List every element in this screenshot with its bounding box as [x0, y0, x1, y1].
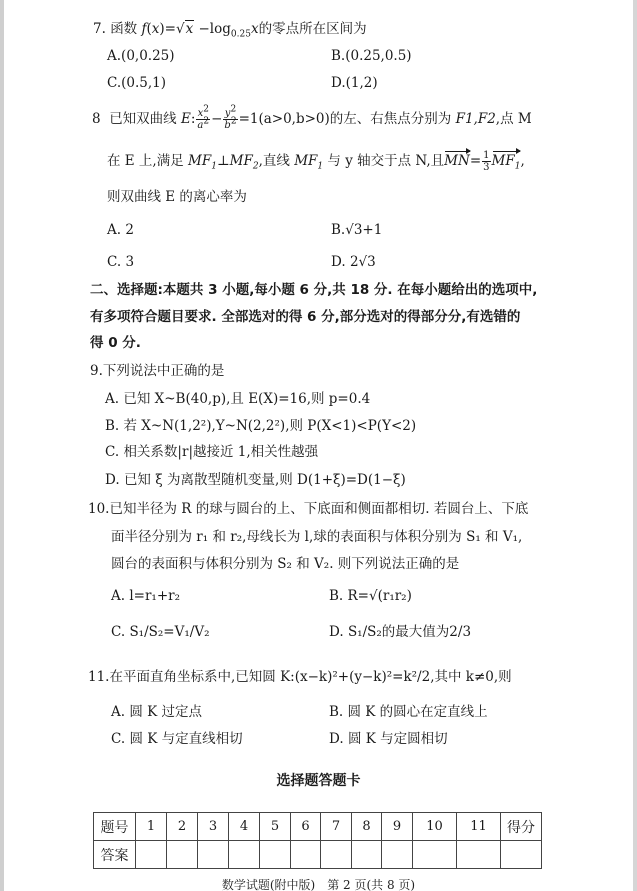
- stem-text: 的零点所在区间为: [259, 21, 367, 37]
- option-c: C. 相关系数|r|越接近 1,相关性越强: [105, 442, 318, 462]
- fraction: y2b2: [223, 108, 237, 131]
- option-d: D. 2√3: [331, 252, 376, 272]
- column-header: 4: [229, 813, 260, 841]
- column-header: 9: [382, 813, 413, 841]
- condition: =1(a>0,b>0): [239, 111, 330, 127]
- vector-mf1: MF1: [492, 151, 521, 171]
- stem-text: 下列说法中正确的是: [103, 363, 225, 379]
- foci: F1,F2: [456, 111, 496, 127]
- question-8-stem-line2: 在 E 上,满足 MF1⊥MF2,直线 MF1 与 y 轴交于点 N,且MN=1…: [107, 150, 525, 176]
- question-number-row: 题号 1 2 3 4 5 6 7 8 9 10 11 得分: [94, 813, 542, 841]
- stem-text: 在 E 上,满足: [107, 153, 184, 169]
- stem-text: 的左、右焦点分别为: [330, 111, 452, 127]
- answer-cell[interactable]: [413, 841, 457, 869]
- option-c: C. 圆 K 与定直线相切: [111, 729, 243, 749]
- column-header: 5: [260, 813, 291, 841]
- column-header: 2: [167, 813, 198, 841]
- formula: f(x)=√x −log0.25x: [141, 21, 258, 37]
- column-header: 11: [457, 813, 501, 841]
- score-cell[interactable]: [501, 841, 542, 869]
- option-b: B. 圆 K 的圆心在定直线上: [329, 702, 488, 722]
- option-d: D.(1,2): [331, 73, 378, 93]
- scan-edge-right: [633, 0, 637, 891]
- question-8-stem-line1: 8 已知双曲线 E:x2a2−y2b2=1(a>0,b>0)的左、右焦点分别为 …: [92, 108, 532, 134]
- column-header: 8: [352, 813, 382, 841]
- answer-cell[interactable]: [260, 841, 291, 869]
- column-header: 3: [198, 813, 229, 841]
- option-c: C.(0.5,1): [107, 73, 166, 93]
- question-number: 11.: [88, 669, 109, 685]
- question-9-stem: 9.下列说法中正确的是: [90, 361, 224, 381]
- stem-text: 与 y 轴交于点 N,且: [327, 153, 444, 169]
- answer-card-title: 选择题答题卡: [0, 770, 637, 790]
- section-2-instructions-line1: 二、选择题:本题共 3 小题,每小题 6 分,共 18 分. 在每小题给出的选项…: [90, 280, 537, 300]
- row-header: 题号: [94, 813, 136, 841]
- option-a: A.(0,0.25): [107, 46, 175, 66]
- row-header: 答案: [94, 841, 136, 869]
- option-d: D. 圆 K 与定圆相切: [329, 729, 448, 749]
- option-d: D. S₁/S₂的最大值为2/3: [329, 622, 471, 642]
- stem-text: 已知双曲线: [109, 111, 177, 127]
- answer-cell[interactable]: [167, 841, 198, 869]
- answer-cell[interactable]: [136, 841, 167, 869]
- option-a: A. l=r₁+r₂: [111, 586, 180, 606]
- stem-text: ,点 M: [496, 111, 532, 127]
- column-header: 10: [413, 813, 457, 841]
- question-10-stem-line2: 面半径分别为 r₁ 和 r₂,母线长为 l,球的表面积与体积分别为 S₁ 和 V…: [111, 527, 522, 547]
- option-a: A. 2: [107, 220, 134, 240]
- answer-cell[interactable]: [457, 841, 501, 869]
- question-number: 7.: [93, 21, 106, 37]
- answer-row: 答案: [94, 841, 542, 869]
- answer-card-table: 题号 1 2 3 4 5 6 7 8 9 10 11 得分 答案: [93, 812, 542, 869]
- fraction: 13: [482, 150, 490, 173]
- question-10-stem-line1: 10.已知半径为 R 的球与圆台的上、下底面和侧面都相切. 若圆台上、下底: [88, 499, 528, 519]
- question-11-stem: 11.在平面直角坐标系中,已知圆 K:(x−k)²+(y−k)²=k²/2,其中…: [88, 667, 512, 687]
- stem-text: 在平面直角坐标系中,已知圆: [109, 669, 275, 685]
- stem-text: ,其中 k≠0,则: [430, 669, 511, 685]
- question-number: 9.: [90, 363, 103, 379]
- column-header: 1: [136, 813, 167, 841]
- question-number: 10.: [88, 501, 109, 517]
- stem-text: 函数: [110, 21, 137, 37]
- answer-cell[interactable]: [198, 841, 229, 869]
- question-8-stem-line3: 则双曲线 E 的离心率为: [107, 187, 247, 207]
- answer-cell[interactable]: [321, 841, 352, 869]
- option-b: B. 若 X~N(1,2²),Y~N(2,2²),则 P(X<1)<P(Y<2): [105, 416, 416, 436]
- stem-text: 已知半径为 R 的球与圆台的上、下底面和侧面都相切. 若圆台上、下底: [109, 501, 528, 517]
- answer-cell[interactable]: [291, 841, 321, 869]
- option-c: C. S₁/S₂=V₁/V₂: [111, 622, 210, 642]
- scan-edge-left: [0, 0, 4, 891]
- option-b: B.√3+1: [331, 220, 382, 240]
- answer-cell[interactable]: [382, 841, 413, 869]
- section-2-instructions-line3: 得 0 分.: [90, 333, 141, 353]
- option-a: A. 圆 K 过定点: [111, 702, 202, 722]
- question-10-stem-line3: 圆台的表面积与体积分别为 S₂ 和 V₂. 则下列说法正确的是: [111, 554, 459, 574]
- column-header: 6: [291, 813, 321, 841]
- equation: K:(x−k)²+(y−k)²=k²/2: [280, 669, 430, 685]
- fraction: x2a2: [196, 108, 210, 131]
- column-header: 7: [321, 813, 352, 841]
- option-d: D. 已知 ξ 为离散型随机变量,则 D(1+ξ)=D(1−ξ): [105, 470, 406, 490]
- question-7-stem: 7. 函数 f(x)=√x −log0.25x的零点所在区间为: [93, 19, 367, 39]
- option-c: C. 3: [107, 252, 134, 272]
- answer-cell[interactable]: [229, 841, 260, 869]
- option-b: B. R=√(r₁r₂): [329, 586, 412, 606]
- page-footer: 数学试题(附中版) 第 2 页(共 8 页): [0, 876, 637, 891]
- section-2-instructions-line2: 有多项符合题目要求. 全部选对的得 6 分,部分选对的得部分分,有选错的: [90, 307, 520, 327]
- vector-mn: MN: [444, 151, 470, 171]
- stem-text: ,直线: [259, 153, 290, 169]
- question-number: 8: [92, 111, 101, 127]
- option-a: A. 已知 X~B(40,p),且 E(X)=16,则 p=0.4: [105, 389, 370, 409]
- answer-cell[interactable]: [352, 841, 382, 869]
- column-header: 得分: [501, 813, 542, 841]
- option-b: B.(0.25,0.5): [331, 46, 412, 66]
